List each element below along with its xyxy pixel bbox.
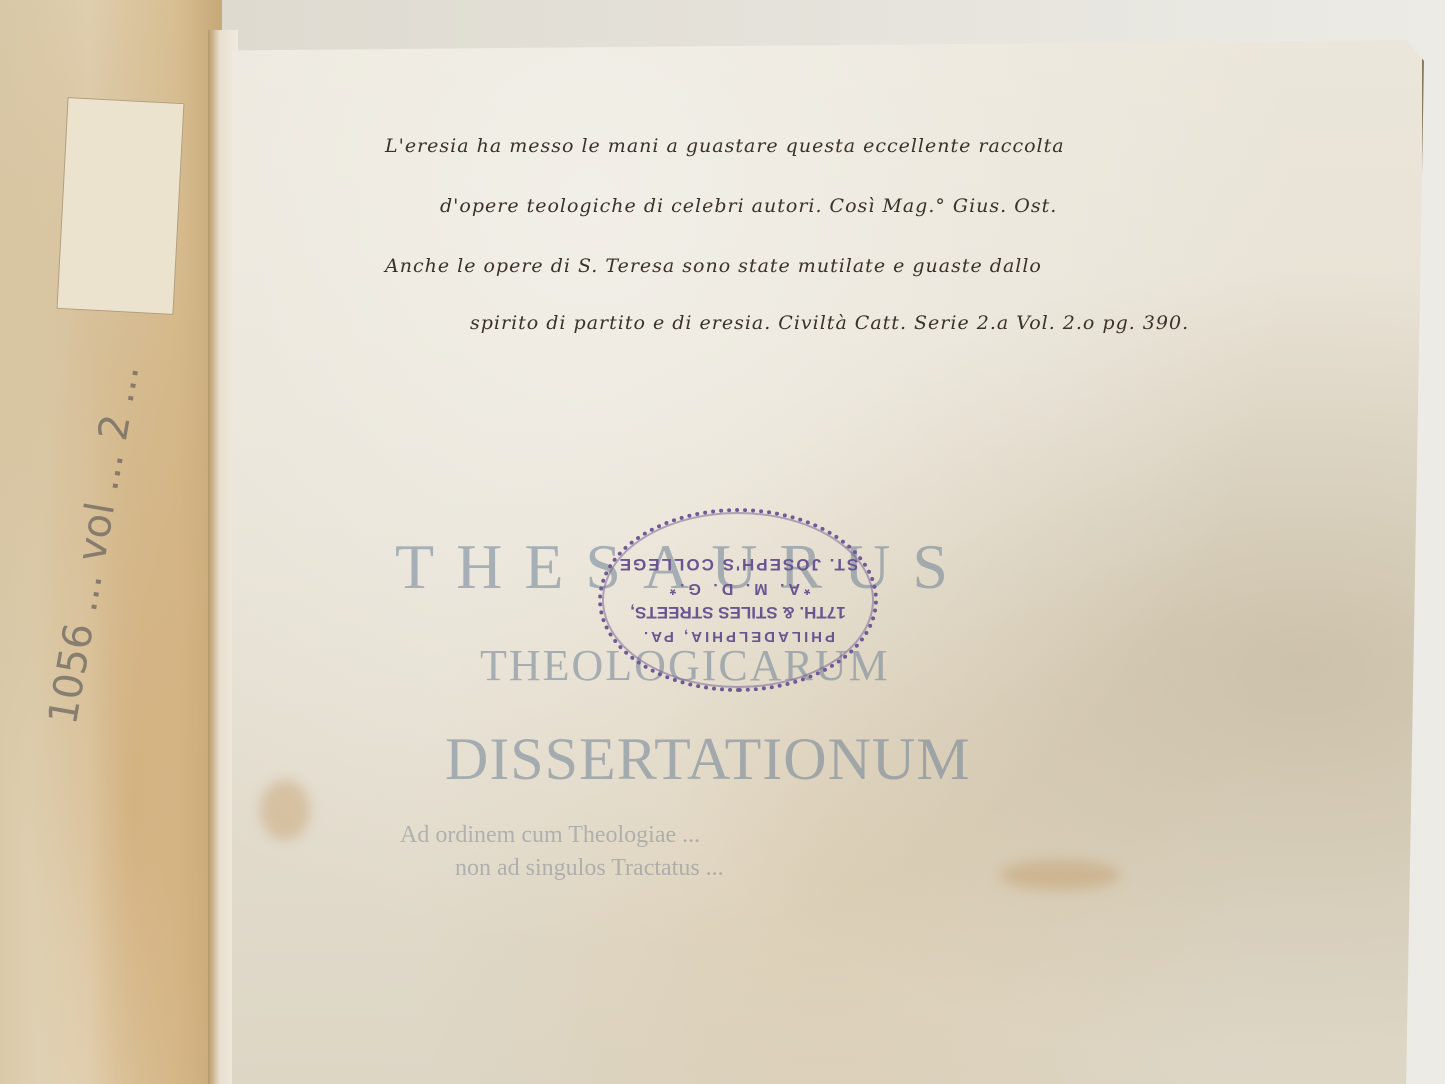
pencil-margin-note: 1056 ... vol ... 2 ... xyxy=(40,361,149,728)
printed-subtitle-1: Ad ordinem cum Theologiae ... xyxy=(400,822,700,849)
foxing-stain xyxy=(1000,860,1120,890)
stamp-address: 17TH. & STILES STREETS, xyxy=(630,600,845,624)
printed-subtitle-2: non ad singulos Tractatus ... xyxy=(455,855,724,882)
handwritten-line-2: d'opere teologiche di celebri autori. Co… xyxy=(440,195,1057,217)
handwritten-line-4: spirito di partito e di eresia. Civiltà … xyxy=(470,312,1189,334)
left-endpaper: 1056 ... vol ... 2 ... xyxy=(0,0,222,1084)
stamp-motto: *A. M. D. G.* xyxy=(666,576,810,600)
foxing-stain xyxy=(260,780,310,840)
handwritten-line-1: L'eresia ha messo le mani a guastare que… xyxy=(385,135,1065,157)
printed-title-dissertationum: DISSERTATIONUM xyxy=(445,725,971,794)
handwritten-line-3: Anche le opere di S. Teresa sono state m… xyxy=(385,255,1042,277)
stamp-city: PHILADELPHIA, PA. xyxy=(641,624,835,648)
library-stamp: PHILADELPHIA, PA. 17TH. & STILES STREETS… xyxy=(598,508,878,692)
paper-tab xyxy=(57,97,185,315)
stamp-institution: ST. JOSEPH'S COLLEGE xyxy=(618,552,859,576)
